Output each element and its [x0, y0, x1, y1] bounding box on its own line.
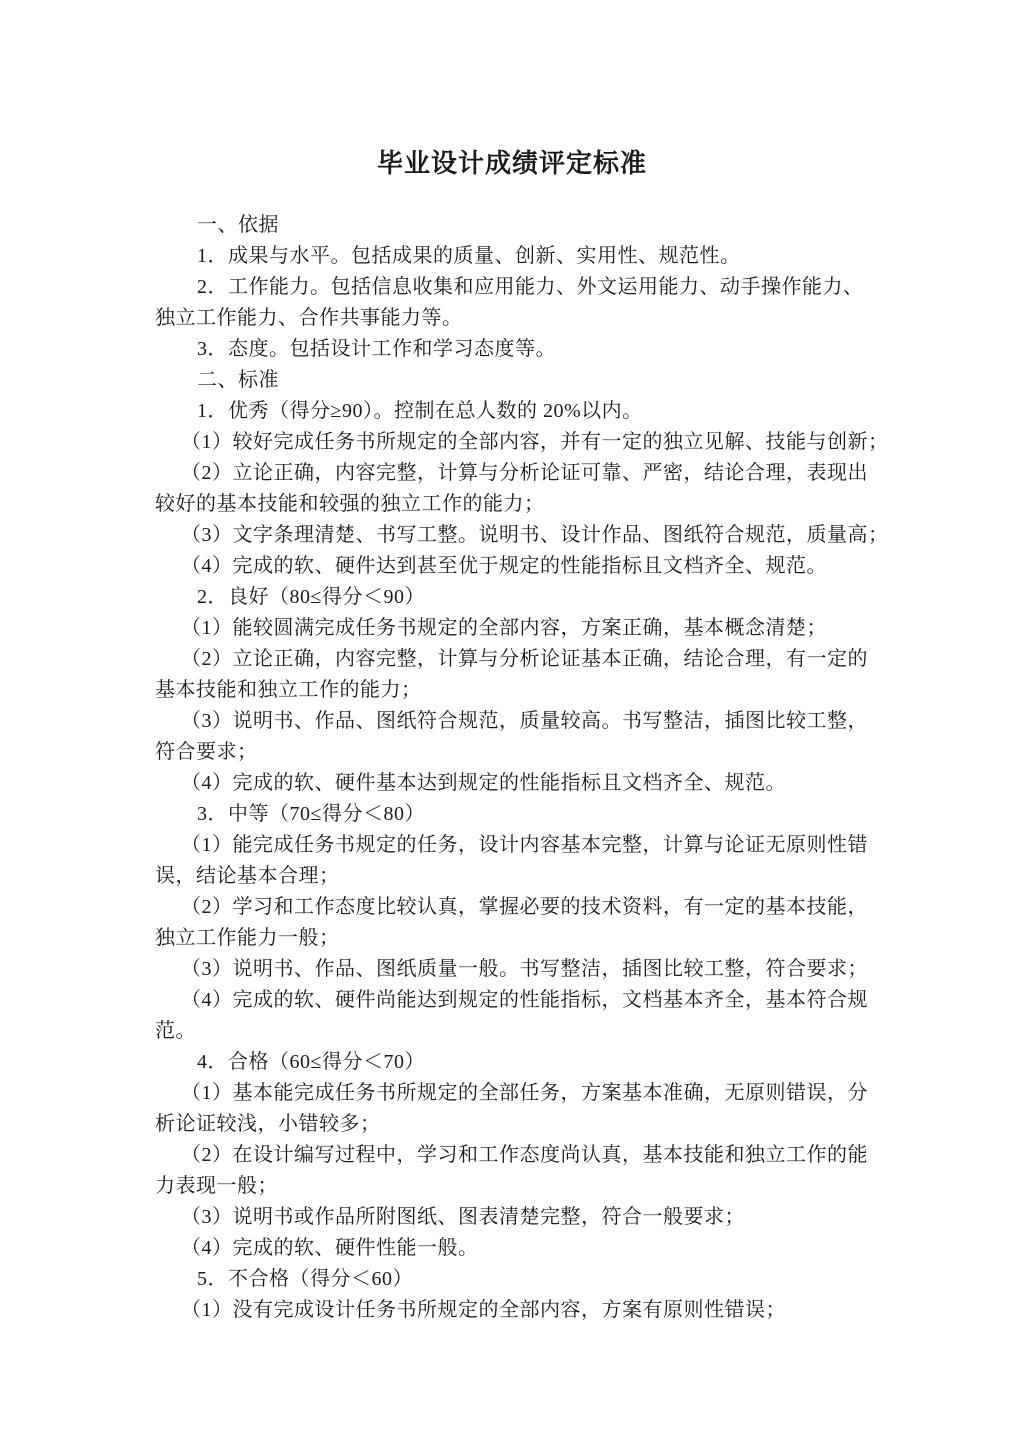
document-line: （4）完成的软、硬件基本达到规定的性能指标且文档齐全、规范。 — [155, 768, 885, 799]
document-line: 3．中等（70≤得分＜80） — [155, 799, 885, 830]
document-line: 误，结论基本合理； — [155, 861, 885, 892]
document-line: 2．工作能力。包括信息收集和应用能力、外文运用能力、动手操作能力、 — [155, 272, 885, 303]
document-line: （4）完成的软、硬件性能一般。 — [155, 1233, 885, 1264]
document-line: （1）能较圆满完成任务书规定的全部内容，方案正确，基本概念清楚； — [155, 613, 885, 644]
document-body: 一、依据1．成果与水平。包括成果的质量、创新、实用性、规范性。2．工作能力。包括… — [155, 210, 885, 1326]
document-line: （3）说明书或作品所附图纸、图表清楚完整，符合一般要求； — [155, 1202, 885, 1233]
document-line: （1）基本能完成任务书所规定的全部任务，方案基本准确，无原则错误，分 — [155, 1078, 885, 1109]
document-line: 基本技能和独立工作的能力； — [155, 675, 885, 706]
document-line: 3．态度。包括设计工作和学习态度等。 — [155, 334, 885, 365]
document-line: （1）能完成任务书规定的任务，设计内容基本完整，计算与论证无原则性错 — [155, 830, 885, 861]
document-line: （2）学习和工作态度比较认真，掌握必要的技术资料，有一定的基本技能， — [155, 892, 885, 923]
document-line: 独立工作能力、合作共事能力等。 — [155, 303, 885, 334]
document-line: 范。 — [155, 1016, 885, 1047]
document-line: （2）立论正确，内容完整，计算与分析论证基本正确，结论合理，有一定的 — [155, 644, 885, 675]
document-line: 力表现一般； — [155, 1171, 885, 1202]
document-line: （2）在设计编写过程中，学习和工作态度尚认真，基本技能和独立工作的能 — [155, 1140, 885, 1171]
document-line: 较好的基本技能和较强的独立工作的能力； — [155, 489, 885, 520]
document-line: 1．成果与水平。包括成果的质量、创新、实用性、规范性。 — [155, 241, 885, 272]
document-line: （2）立论正确，内容完整，计算与分析论证可靠、严密，结论合理，表现出 — [155, 458, 885, 489]
document-title: 毕业设计成绩评定标准 — [0, 148, 1024, 180]
document-line: 独立工作能力一般； — [155, 923, 885, 954]
document-line: （4）完成的软、硬件达到甚至优于规定的性能指标且文档齐全、规范。 — [155, 551, 885, 582]
document-line: （1）没有完成设计任务书所规定的全部内容，方案有原则性错误； — [155, 1295, 885, 1326]
document-line: （4）完成的软、硬件尚能达到规定的性能指标，文档基本齐全，基本符合规 — [155, 985, 885, 1016]
document-line: 符合要求； — [155, 737, 885, 768]
document-line: 析论证较浅，小错较多； — [155, 1109, 885, 1140]
document-line: 2．良好（80≤得分＜90） — [155, 582, 885, 613]
document-line: 1．优秀（得分≥90）。控制在总人数的 20%以内。 — [155, 396, 885, 427]
document-line: （3）说明书、作品、图纸符合规范，质量较高。书写整洁，插图比较工整， — [155, 706, 885, 737]
document-line: 4．合格（60≤得分＜70） — [155, 1047, 885, 1078]
document-line: （3）文字条理清楚、书写工整。说明书、设计作品、图纸符合规范，质量高； — [155, 520, 885, 551]
document-line: 5．不合格（得分＜60） — [155, 1264, 885, 1295]
document-line: （1）较好完成任务书所规定的全部内容，并有一定的独立见解、技能与创新； — [155, 427, 885, 458]
document-line: 一、依据 — [155, 210, 885, 241]
document-line: 二、标准 — [155, 365, 885, 396]
document-page: 毕业设计成绩评定标准 一、依据1．成果与水平。包括成果的质量、创新、实用性、规范… — [0, 0, 1024, 1448]
document-line: （3）说明书、作品、图纸质量一般。书写整洁，插图比较工整，符合要求； — [155, 954, 885, 985]
